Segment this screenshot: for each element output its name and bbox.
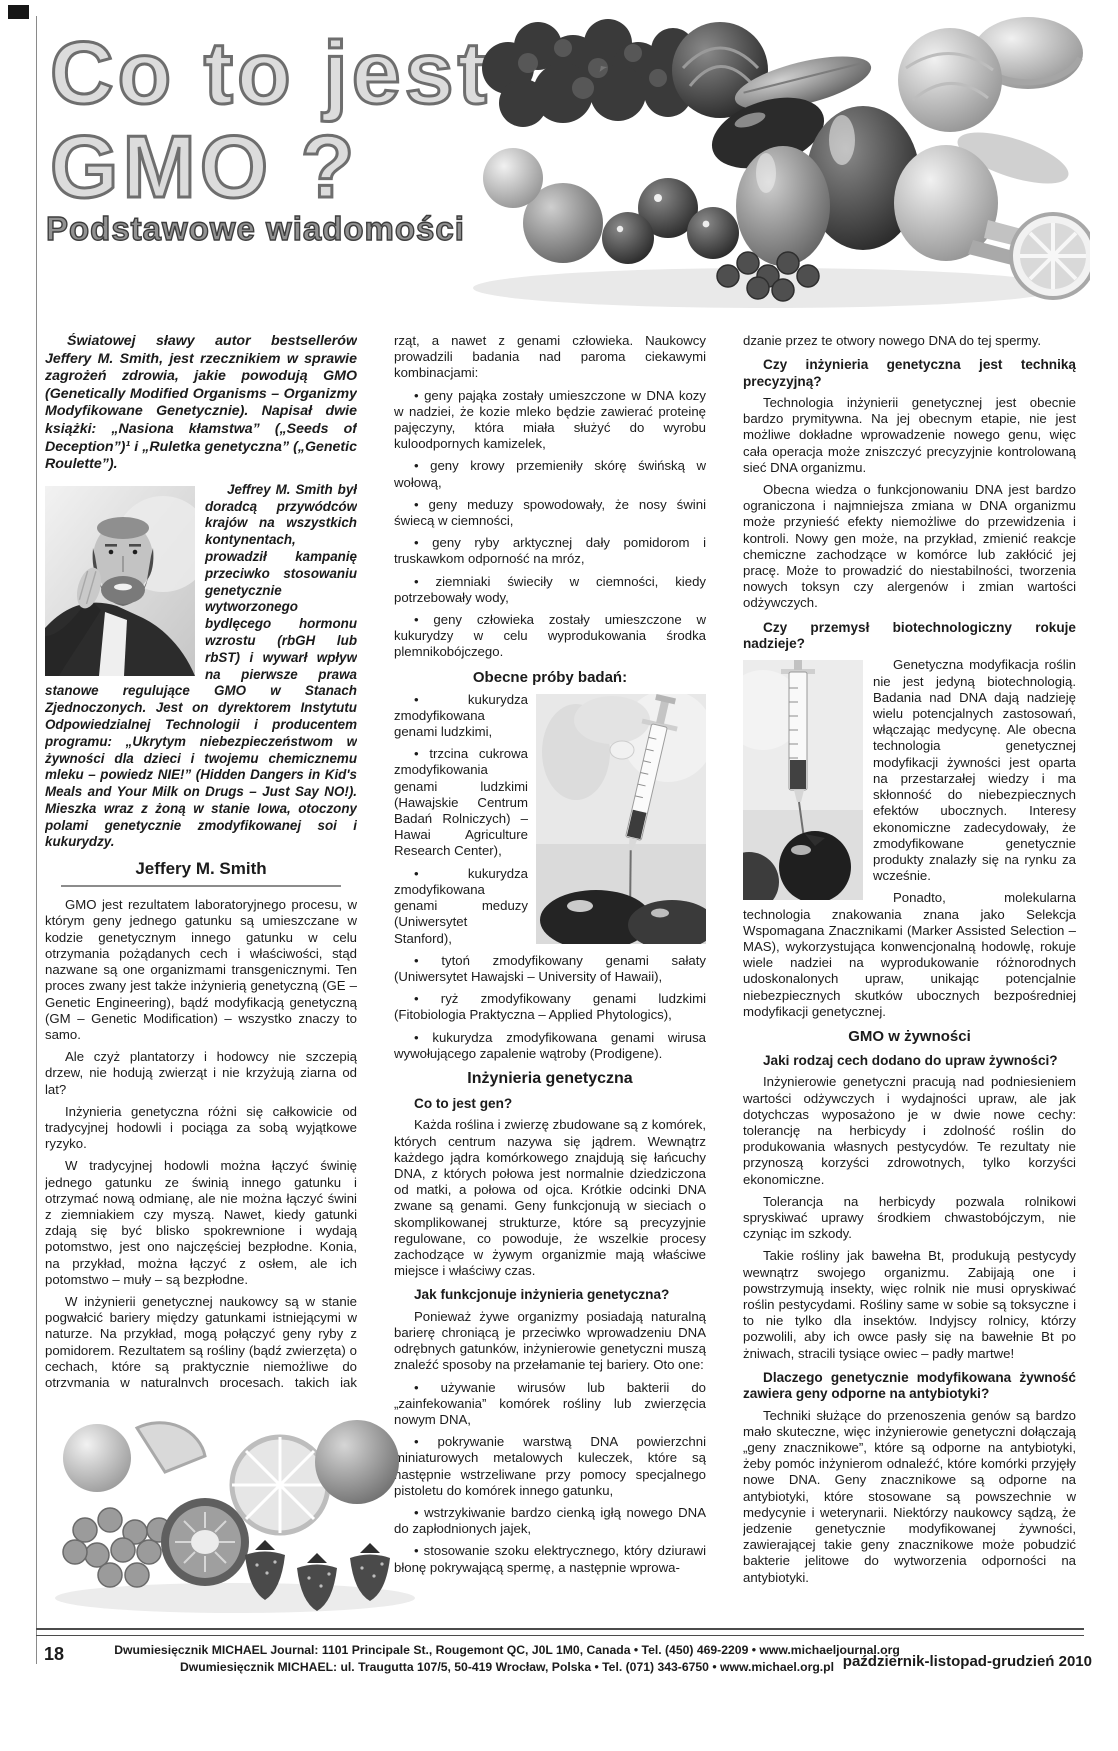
paragraph: Każda roślina i zwierzę zbudowane są z k… bbox=[394, 1117, 706, 1279]
bullet-item: • używanie wirusów lub bakterii do „zain… bbox=[394, 1380, 706, 1429]
section-heading-author: Jeffery M. Smith bbox=[45, 859, 357, 879]
paragraph: Takie rośliny jak bawełna Bt, produkują … bbox=[743, 1248, 1076, 1361]
print-registration-mark bbox=[8, 5, 29, 19]
paragraph: Inżynieria genetyczna różni się całkowic… bbox=[45, 1104, 357, 1153]
section-heading-gmo-in-food: GMO w żywności bbox=[743, 1028, 1076, 1045]
subheading-antibiotic-genes: Dlaczego genetycznie modyfikowana żywnoś… bbox=[743, 1370, 1076, 1403]
subheading-precision: Czy inżynieria genetyczna jest techniką … bbox=[743, 357, 1076, 390]
paragraph: Ponadto, molekularna technologia znakowa… bbox=[743, 890, 1076, 1020]
magazine-page: Co to jest GMO ? Podstawowe wiadomości bbox=[0, 0, 1118, 1751]
column-left: Światowej sławy autor bestsellerów Jeffe… bbox=[45, 333, 357, 1387]
author-bio-block: Jeffrey M. Smith był doradcą przywódców … bbox=[45, 482, 357, 852]
paragraph: Ponieważ żywe organizmy posiadają natura… bbox=[394, 1309, 706, 1374]
intro-paragraph: Światowej sławy autor bestsellerów Jeffe… bbox=[45, 333, 357, 474]
syringe-tomato-closeup-photo bbox=[743, 660, 863, 900]
paragraph: rząt, a nawet z genami człowieka. Naukow… bbox=[394, 333, 706, 382]
heading-rule bbox=[61, 885, 342, 887]
bullet-item: • geny człowieka zostały umieszczone w k… bbox=[394, 612, 706, 661]
bullet-item: • tytoń zmodyfikowany genami sałaty (Uni… bbox=[394, 953, 706, 985]
bullet-item: • kukurydza zmodyfikowana genami wirusa … bbox=[394, 1030, 706, 1062]
page-subtitle: Podstawowe wiadomości bbox=[46, 210, 465, 248]
issue-date: październik-listopad-grudzień 2010 bbox=[843, 1653, 1092, 1670]
subheading-current-trials: Obecne próby badań: bbox=[394, 669, 706, 686]
paragraph: Technologia inżynierii genetycznej jest … bbox=[743, 395, 1076, 476]
page-number: 18 bbox=[44, 1644, 64, 1665]
footer-divider bbox=[36, 1628, 1084, 1636]
paragraph: Tolerancja na herbicydy pozwala rolnikow… bbox=[743, 1194, 1076, 1243]
paragraph: Techniki służące do przenoszenia genów s… bbox=[743, 1408, 1076, 1586]
syringe-tomatoes-photo bbox=[536, 694, 706, 944]
publisher-info: Dwumiesięcznik MICHAEL Journal: 1101 Pri… bbox=[112, 1642, 902, 1676]
column-middle: rząt, a nawet z genami człowieka. Naukow… bbox=[394, 333, 706, 1625]
bullet-item: • ziemniaki świeciły w ciemności, kiedy … bbox=[394, 574, 706, 606]
publisher-line-1: Dwumiesięcznik MICHAEL Journal: 1101 Pri… bbox=[112, 1642, 902, 1659]
vegetables-photo bbox=[468, 8, 1090, 310]
bullet-item: • ryż zmodyfikowany genami ludzkimi (Fit… bbox=[394, 991, 706, 1023]
paragraph: GMO jest rezultatem laboratoryjnego proc… bbox=[45, 897, 357, 1043]
paragraph: W inżynierii genetycznej naukowcy są w s… bbox=[45, 1294, 357, 1387]
paragraph: W tradycyjnej hodowli można łączyć świni… bbox=[45, 1158, 357, 1288]
bullet-item: • pokrywanie warstwą DNA powierzchni min… bbox=[394, 1434, 706, 1499]
subheading-what-is-gene: Co to jest gen? bbox=[394, 1096, 706, 1112]
bullet-item: • geny ryby arktycznej dały pomidorom i … bbox=[394, 535, 706, 567]
bullet-item: • geny pająka zostały umieszczone w DNA … bbox=[394, 388, 706, 453]
jeffrey-smith-portrait-photo bbox=[45, 486, 195, 676]
publisher-line-2: Dwumiesięcznik MICHAEL: ul. Traugutta 10… bbox=[112, 1659, 902, 1676]
paragraph: Inżynierowie genetyczni pracują nad podn… bbox=[743, 1074, 1076, 1187]
subheading-traits: Jaki rodzaj cech dodano do upraw żywnośc… bbox=[743, 1053, 1076, 1069]
bullet-item: • stosowanie szoku elektrycznego, który … bbox=[394, 1543, 706, 1575]
page-title: Co to jest GMO ? bbox=[50, 26, 491, 214]
title-line-2: GMO ? bbox=[50, 120, 491, 214]
bullet-item: • geny krowy przemieniły skórę świńską w… bbox=[394, 458, 706, 490]
fruits-photo bbox=[45, 1390, 423, 1618]
paragraph: Ale czyż plantatorzy i hodowcy nie szcze… bbox=[45, 1049, 357, 1098]
paragraph: dzanie przez te otwory nowego DNA do tej… bbox=[743, 333, 1076, 349]
subheading-how-ge-works: Jak funkcjonuje inżynieria genetyczna? bbox=[394, 1287, 706, 1303]
column-right: dzanie przez te otwory nowego DNA do tej… bbox=[743, 333, 1076, 1625]
section-heading-genetic-engineering: Inżynieria genetyczna bbox=[394, 1070, 706, 1088]
page-edge-line bbox=[36, 16, 37, 1664]
bullet-item: • wstrzykiwanie bardzo cienką igłą noweg… bbox=[394, 1505, 706, 1537]
bullet-item: • geny meduzy spowodowały, że nosy świni… bbox=[394, 497, 706, 529]
paragraph: Obecna wiedza o funkcjonowaniu DNA jest … bbox=[743, 482, 1076, 612]
subheading-biotech-promise: Czy przemysł biotechnologiczny rokuje na… bbox=[743, 620, 1076, 653]
title-line-1: Co to jest bbox=[50, 26, 491, 120]
